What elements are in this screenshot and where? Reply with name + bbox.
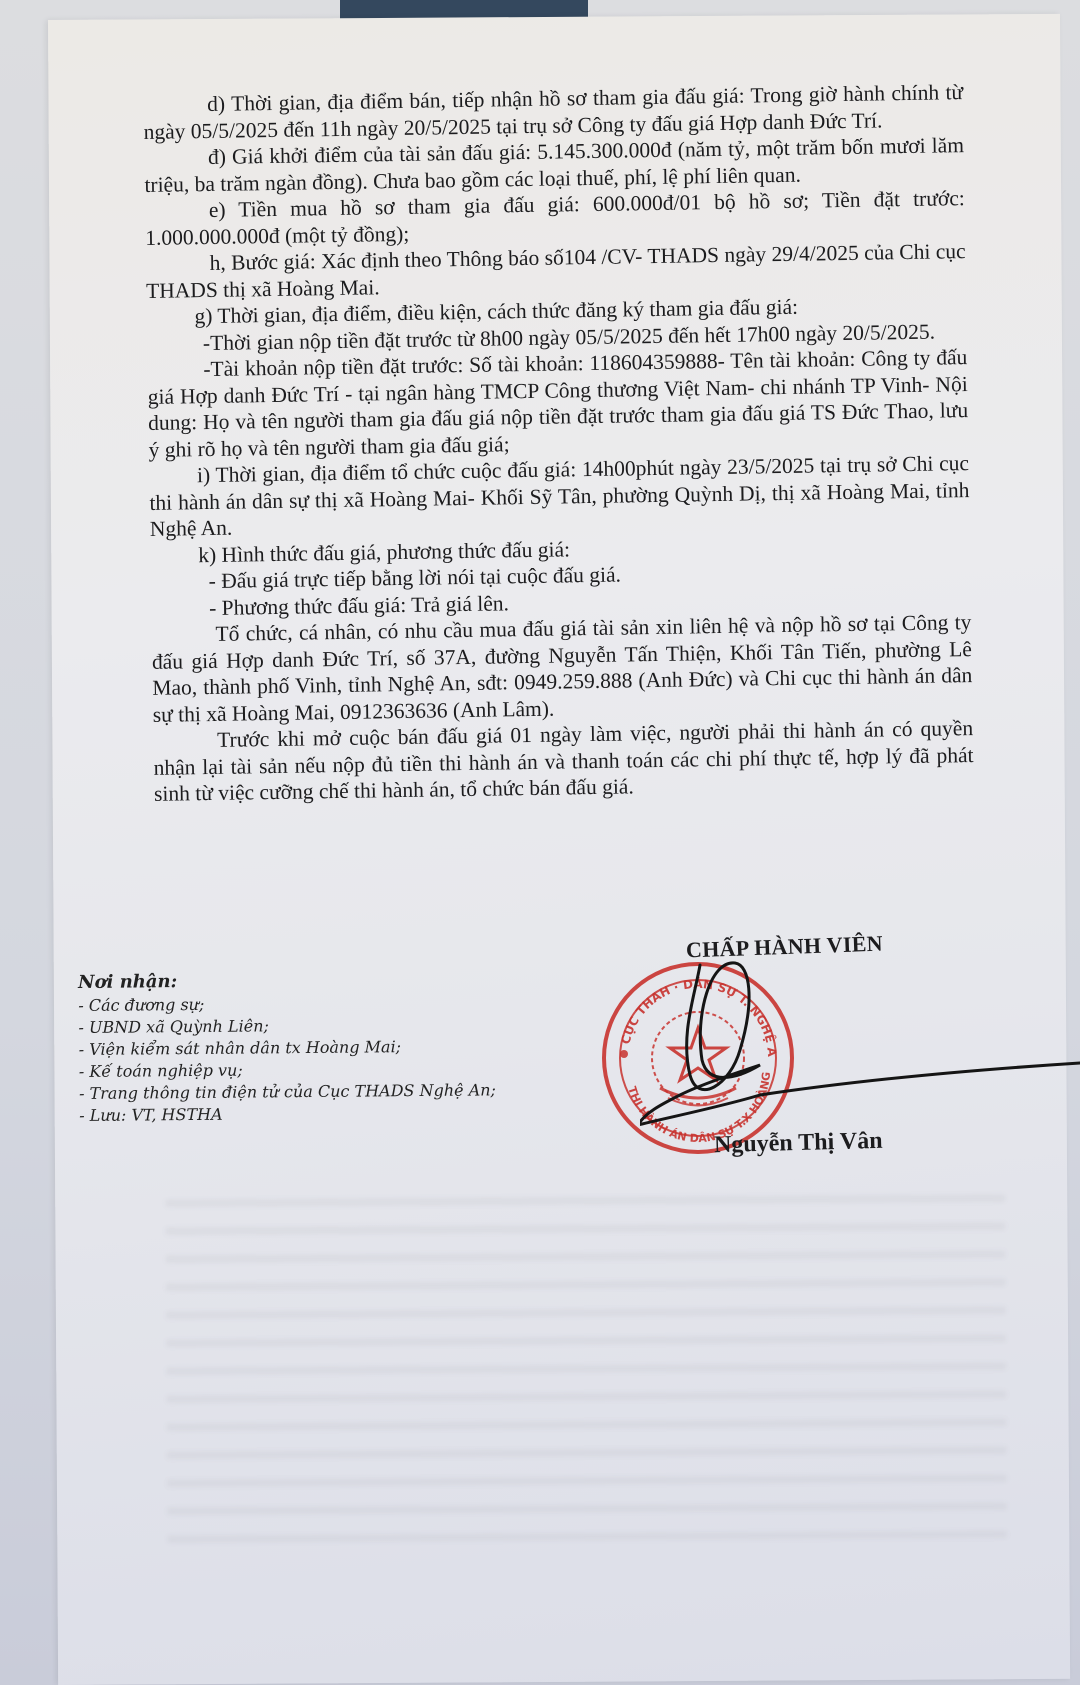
paragraph-contact-info: Tổ chức, cá nhân, có nhu cầu mua đấu giá…	[151, 609, 973, 728]
reverse-side-text-bleed	[165, 1194, 1007, 1559]
signer-name: Nguyễn Thị Vân	[714, 1128, 883, 1159]
recipients-block: Nơi nhận: - Các đương sự; - UBND xã Quỳn…	[78, 968, 496, 1127]
handwritten-signature-icon	[640, 955, 1080, 1145]
paragraph-closing-note: Trước khi mở cuộc bán đấu giá 01 ngày là…	[153, 715, 974, 807]
recipient-item: - Trang thông tin điện tử của Cục THADS …	[79, 1079, 496, 1105]
recipients-title: Nơi nhận:	[78, 968, 495, 994]
paragraph-deposit-account: -Tài khoản nộp tiền đặt trước: Số tài kh…	[147, 344, 969, 463]
paragraph-auction-time-place: i) Thời gian, địa điểm tổ chức cuộc đấu …	[149, 450, 970, 542]
recipient-item: - Lưu: VT, HSTHA	[79, 1101, 496, 1127]
document-body: d) Thời gian, địa điểm bán, tiếp nhận hồ…	[143, 79, 974, 807]
